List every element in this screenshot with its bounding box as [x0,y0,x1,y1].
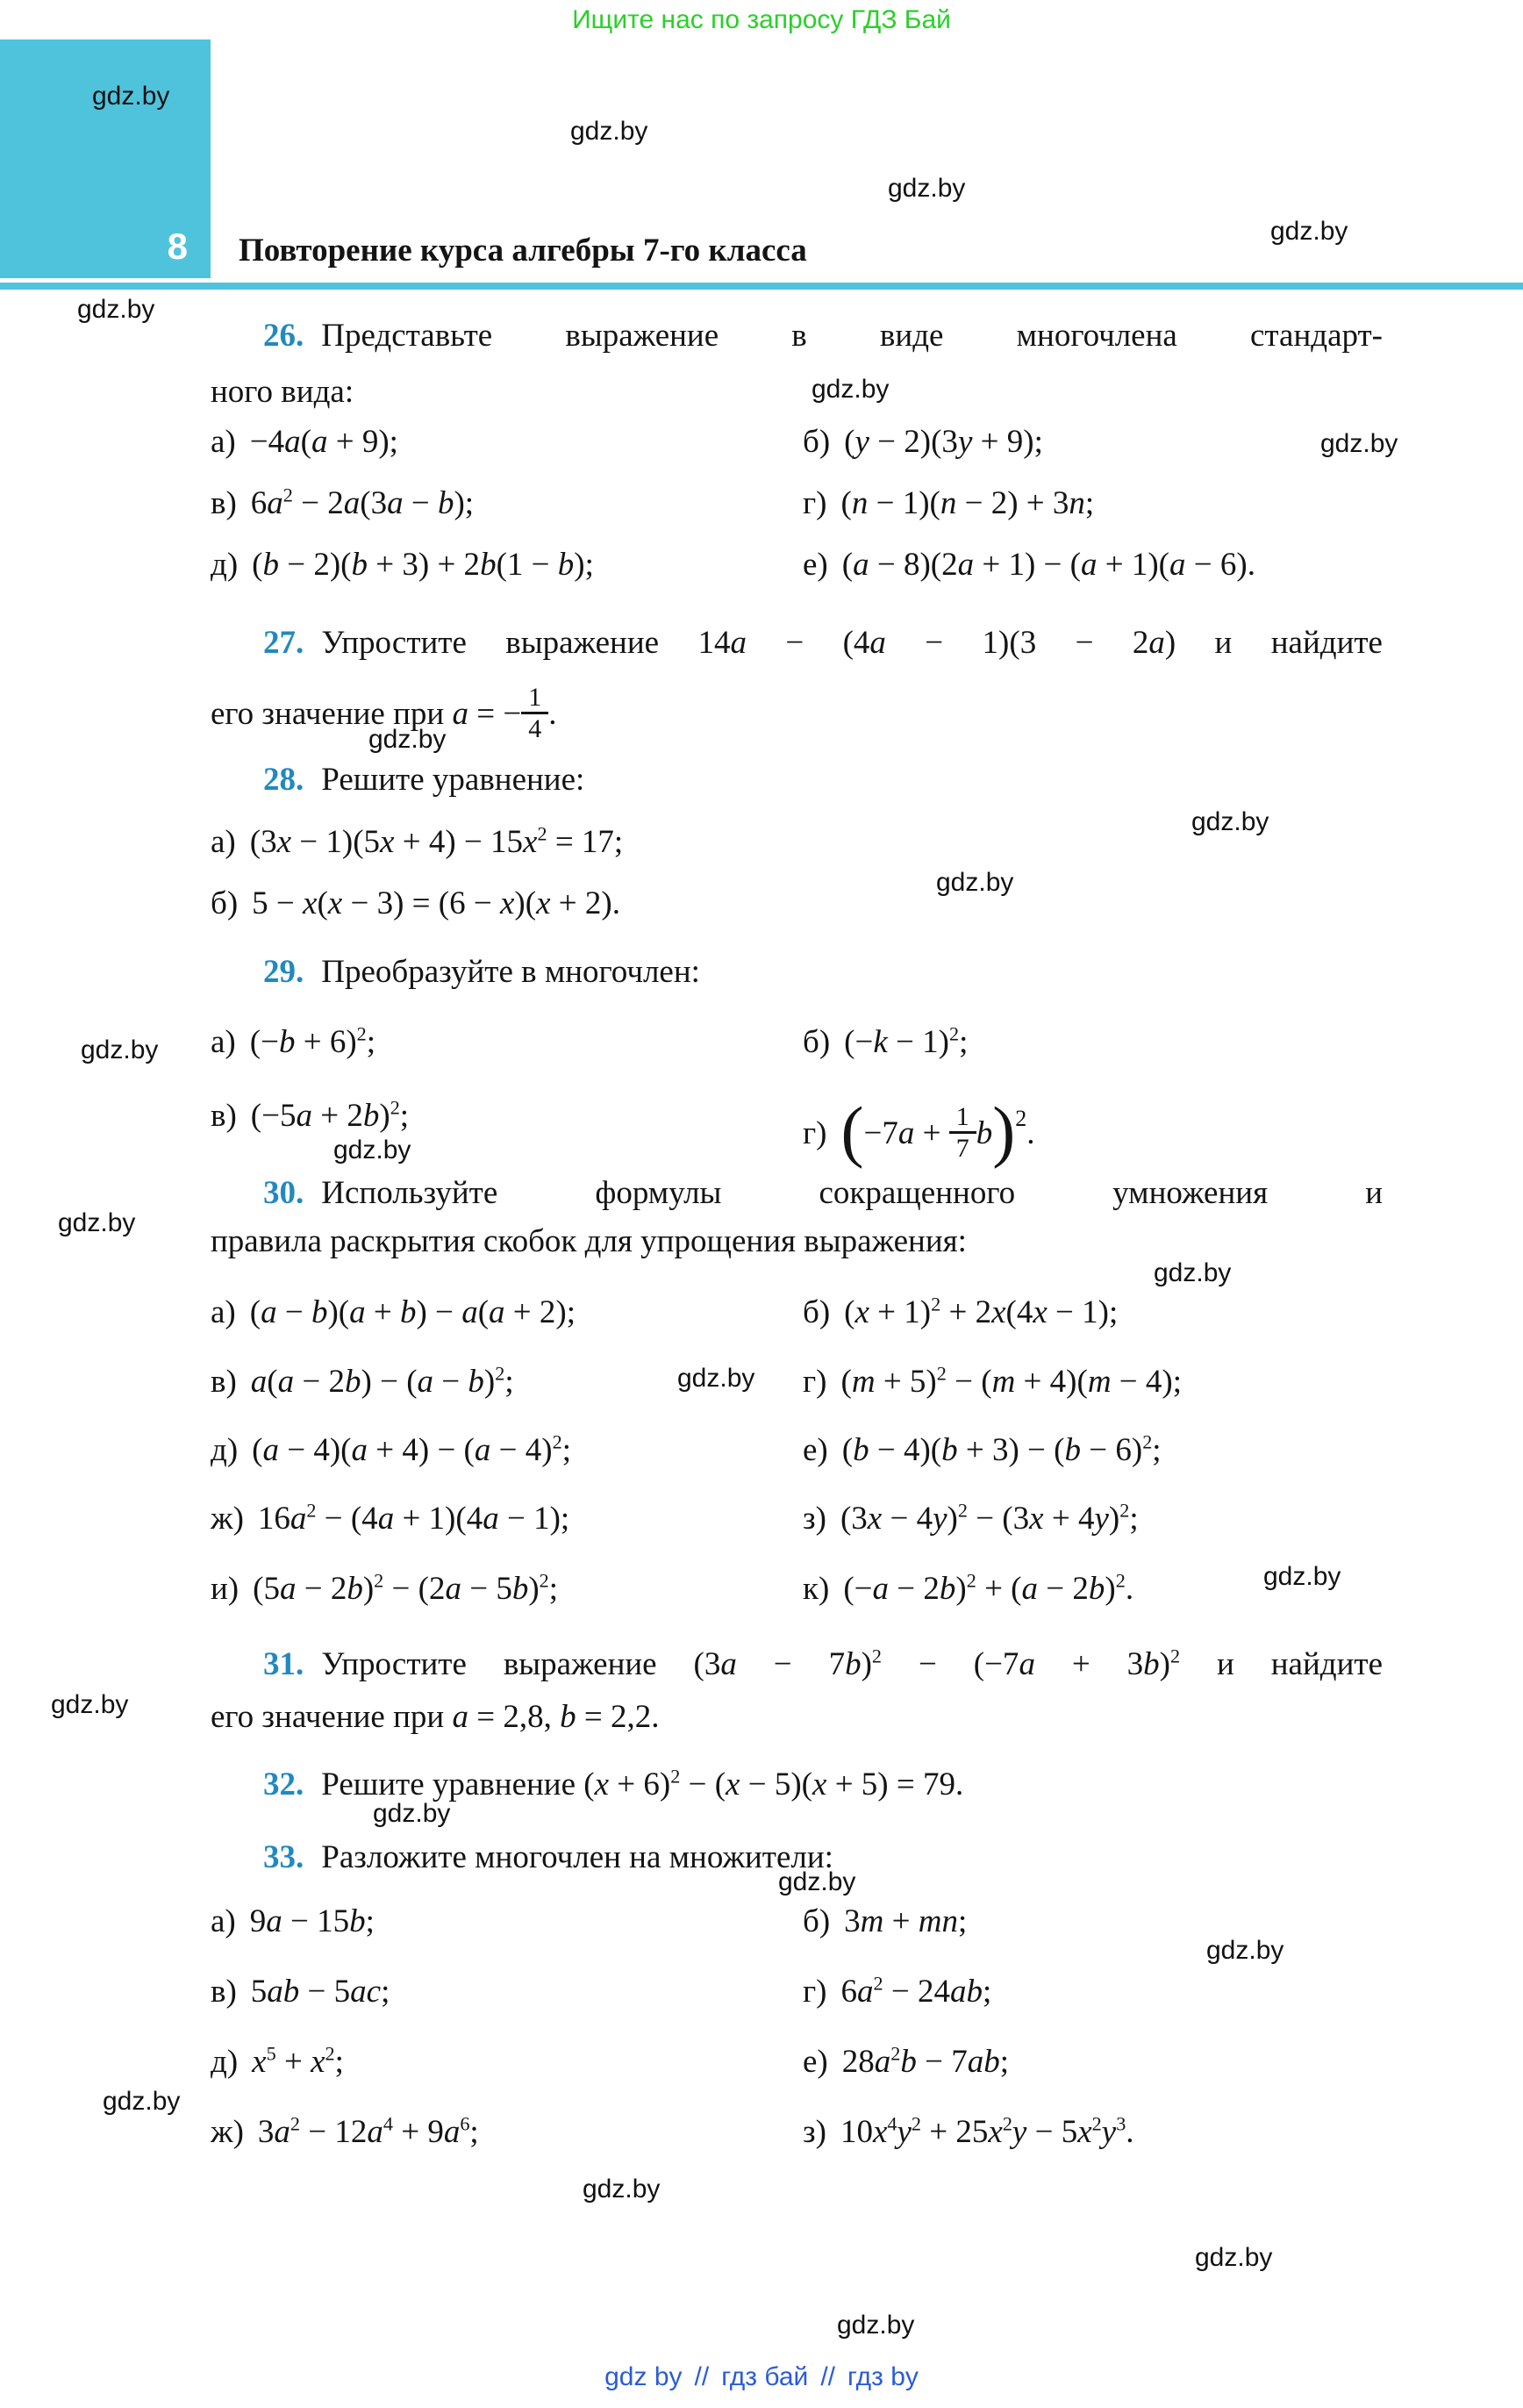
problem-32-text: Решите уравнение (x + 6)2 − (x − 5)(x + … [321,1767,963,1802]
problem-item-33v: в)5ab − 5ac; [211,1973,390,2010]
problem-30-statement-line2: правила раскрытия скобок для упрощения в… [211,1222,1383,1262]
problem-item-30v: в)a(a − 2b) − (a − b)2; [211,1363,514,1401]
problem-item-30i: и)(5a − 2b)2 − (2a − 5b)2; [211,1570,558,1608]
item-label: ж) [211,2114,244,2150]
watermark: gdz.by [812,375,889,405]
item-label: и) [211,1571,239,1607]
problem-29-text: Преобразуйте в многочлен: [321,954,700,990]
problem-item-28b: б)5 − x(x − 3) = (6 − x)(x + 2). [211,885,620,922]
item-label: б) [803,1024,830,1060]
problem-26-statement-line1: 26.Представьте выражение в виде многочле… [211,316,1383,356]
item-label: б) [803,1903,830,1939]
watermark: gdz.by [1191,807,1269,837]
problem-26-text: Представьте выражение в виде многочлена … [321,318,1383,354]
problem-27-period: . [548,696,556,732]
header-divider [0,283,1523,290]
item-expression: (a − b)(a + b) − a(a + 2); [250,1294,576,1330]
item-expression: −4a(a + 9); [250,424,398,460]
problem-item-30e: е)(b − 4)(b + 3) − (b − 6)2; [803,1431,1162,1469]
item-expression: 6a2 − 24ab; [841,1974,992,2010]
fraction: 14 [521,683,548,743]
problem-30-text: Используйте формулы сокращенного умножен… [321,1175,1383,1211]
problem-28-number: 28. [263,762,304,798]
watermark: gdz.by [837,2311,914,2340]
item-expression: (5a − 2b)2 − (2a − 5b)2; [253,1571,558,1607]
problem-item-29b: б)(−k − 1)2; [803,1023,968,1061]
problem-27-text: Упростите выражение 14a − (4a − 1)(3 − 2… [321,625,1383,661]
item-expression: 6a2 − 2a(3a − b); [251,485,474,521]
item-expression: (a − 4)(a + 4) − (a − 4)2; [252,1432,571,1468]
item-expression: 3m + mn; [844,1903,967,1939]
fraction-numerator: 1 [521,683,548,714]
problem-31-number: 31. [263,1646,304,1682]
fraction-numerator: 1 [949,1102,976,1134]
item-expression: a(a − 2b) − (a − b)2; [251,1364,514,1400]
problem-item-30k: к)(−a − 2b)2 + (a − 2b)2. [803,1570,1133,1608]
footer-link-gdz-by[interactable]: gdz by [604,2362,682,2391]
watermark: gdz.by [1206,1936,1283,1966]
watermark: gdz.by [1195,2243,1272,2273]
problem-item-30zh: ж)16a2 − (4a + 1)(4a − 1); [211,1500,569,1537]
promo-banner-text: Ищите нас по запросу ГДЗ Бай [0,5,1523,35]
fraction-denominator: 7 [949,1134,976,1163]
watermark: gdz.by [1270,217,1348,247]
item-expression: (n − 1)(n − 2) + 3n; [841,485,1095,521]
footer-separator: // [820,2362,835,2391]
footer-link-gdz-by-2[interactable]: гдз by [847,2362,919,2391]
item-label: ж) [211,1501,244,1537]
problem-item-26v: в)6a2 − 2a(3a − b); [211,484,474,522]
problem-29-number: 29. [263,954,304,990]
item-expression: (b − 4)(b + 3) − (b − 6)2; [842,1432,1162,1468]
watermark: gdz.by [888,174,965,204]
watermark: gdz.by [77,295,154,325]
item-label: г) [803,1115,827,1151]
item-label: в) [211,1974,237,2010]
problem-32-number: 32. [263,1767,304,1802]
watermark: gdz.by [368,725,446,755]
problem-31-text: Упростите выражение (3a − 7b)2 − (−7a + … [321,1646,1383,1682]
problem-27-text2: его значение при a = − [211,696,521,732]
item-expression: 9a − 15b; [250,1903,375,1939]
item-expression: 10x4y2 + 25x2y − 5x2y3. [840,2114,1134,2150]
exponent: 2 [1015,1106,1026,1131]
problem-item-33d: д)x5 + x2; [211,2043,344,2081]
problem-item-33g: г)6a2 − 24ab; [803,1973,991,2010]
watermark: gdz.by [1320,429,1398,459]
item-label: а) [211,424,236,460]
item-expression: (y − 2)(3y + 9); [844,424,1043,460]
watermark: gdz.by [81,1036,158,1065]
watermark: gdz.by [583,2175,660,2204]
item-label: б) [803,1294,830,1330]
item-label: в) [211,485,237,521]
item-expression: 28a2b − 7ab; [842,2044,1009,2080]
problem-33-number: 33. [263,1839,304,1875]
item-expression: (b − 2)(b + 3) + 2b(1 − b); [252,547,594,583]
item-label: е) [803,547,828,583]
watermark: gdz.by [570,117,647,147]
problem-28-text: Решите уравнение: [321,762,584,798]
item-label: е) [803,2044,828,2080]
problem-27-statement-line1: 27.Упростите выражение 14a − (4a − 1)(3 … [211,623,1383,663]
problem-item-26b: б)(y − 2)(3y + 9); [803,423,1043,461]
item-label: б) [211,885,238,921]
page-number: 8 [168,226,188,268]
watermark: gdz.by [333,1136,411,1165]
item-expression: (3x − 4y)2 − (3x + 4y)2; [840,1501,1139,1537]
watermark: gdz.by [373,1799,450,1829]
period: . [1026,1115,1034,1151]
footer-separator: // [695,2362,710,2391]
item-expression: 5 − x(x − 3) = (6 − x)(x + 2). [252,885,620,921]
problem-29-title: 29.Преобразуйте в многочлен: [211,952,1383,993]
problem-item-29v: в)(−5a + 2b)2; [211,1097,409,1135]
problem-33-text: Разложите многочлен на множители: [321,1839,833,1875]
problem-item-33e: е)28a2b − 7ab; [803,2043,1009,2081]
item-expression: (m + 5)2 − (m + 4)(m − 4); [841,1364,1183,1400]
item-expression: (−b + 6)2; [250,1024,375,1060]
item-label: г) [803,485,827,521]
item-expression: −7a + [863,1115,948,1151]
problem-26-number: 26. [263,318,304,354]
big-close-paren: ) [992,1093,1015,1169]
item-expression: (a − 8)(2a + 1) − (a + 1)(a − 6). [842,547,1255,583]
item-expression: b [976,1115,993,1151]
item-expression: 16a2 − (4a + 1)(4a − 1); [258,1501,569,1537]
problem-item-30d: д)(a − 4)(a + 4) − (a − 4)2; [211,1431,571,1469]
item-label: в) [211,1098,237,1134]
watermark: gdz.by [58,1208,135,1238]
problem-30-statement-line1: 30.Используйте формулы сокращенного умно… [211,1173,1383,1214]
page-number-tab: 8 [0,39,211,278]
problem-26-statement-line2: ного вида: [211,372,1383,412]
problem-31-statement-line1: 31.Упростите выражение (3a − 7b)2 − (−7a… [211,1645,1383,1686]
problem-item-30b: б)(x + 1)2 + 2x(4x − 1); [803,1294,1118,1331]
watermark: gdz.by [51,1690,128,1720]
watermark: gdz.by [92,82,169,111]
item-expression: (−5a + 2b)2; [251,1098,409,1134]
item-expression: x5 + x2; [252,2044,344,2080]
item-expression: (x + 1)2 + 2x(4x − 1); [844,1294,1118,1330]
problem-item-33a: а)9a − 15b; [211,1903,375,1940]
item-expression: 3a2 − 12a4 + 9a6; [258,2114,479,2150]
item-label: г) [803,1364,827,1400]
item-label: з) [803,1501,826,1537]
problem-item-26a: а)−4a(a + 9); [211,423,398,461]
item-expression: 5ab − 5ac; [251,1974,390,2010]
fraction-denominator: 4 [521,714,548,743]
problem-item-26e: е)(a − 8)(2a + 1) − (a + 1)(a − 6). [803,546,1255,584]
problem-item-30z: з)(3x − 4y)2 − (3x + 4y)2; [803,1500,1139,1537]
footer-links: gdz by//гдз бай//гдз by [0,2362,1523,2392]
item-label: е) [803,1432,828,1468]
item-label: а) [211,1294,236,1330]
problem-item-33zh: ж)3a2 − 12a4 + 9a6; [211,2113,479,2151]
watermark: gdz.by [1263,1562,1341,1592]
item-label: д) [211,1432,238,1468]
footer-link-gdz-bai[interactable]: гдз бай [721,2362,808,2391]
item-label: к) [803,1571,829,1607]
item-label: б) [803,424,830,460]
chapter-title: Повторение курса алгебры 7-го класса [239,232,807,269]
item-label: г) [803,1974,827,2010]
fraction: 17 [949,1102,976,1163]
watermark: gdz.by [1154,1258,1231,1288]
big-open-paren: ( [841,1093,864,1169]
problem-item-30g: г)(m + 5)2 − (m + 4)(m − 4); [803,1363,1182,1401]
problem-item-26d: д)(b − 2)(b + 3) + 2b(1 − b); [211,546,594,584]
item-label: а) [211,824,236,860]
problem-30-number: 30. [263,1175,304,1211]
watermark: gdz.by [936,868,1013,898]
watermark: gdz.by [778,1867,855,1897]
item-label: з) [803,2114,826,2150]
problem-27-number: 27. [263,625,304,661]
problem-item-29a: а)(−b + 6)2; [211,1023,375,1061]
problem-item-28a: а)(3x − 1)(5x + 4) − 15x2 = 17; [211,823,623,861]
item-label: а) [211,1903,236,1939]
problem-31-statement-line2: его значение при a = 2,8, b = 2,2. [211,1697,1383,1738]
item-label: д) [211,547,238,583]
problem-item-26g: г)(n − 1)(n − 2) + 3n; [803,484,1094,522]
item-expression: (3x − 1)(5x + 4) − 15x2 = 17; [250,824,623,860]
watermark: gdz.by [103,2087,180,2117]
problem-item-30a: а)(a − b)(a + b) − a(a + 2); [211,1294,576,1331]
problem-item-33z: з)10x4y2 + 25x2y − 5x2y3. [803,2113,1134,2151]
item-expression: (−a − 2b)2 + (a − 2b)2. [843,1571,1133,1607]
item-label: а) [211,1024,236,1060]
item-label: в) [211,1364,237,1400]
item-label: д) [211,2044,238,2080]
watermark: gdz.by [677,1364,754,1394]
problem-item-29g: г)(−7a + 17b)2. [803,1115,1034,1151]
problem-28-title: 28.Решите уравнение: [211,760,1383,800]
problem-item-33b: б)3m + mn; [803,1903,967,1940]
textbook-page: Ищите нас по запросу ГДЗ Бай 8 Повторени… [0,0,1523,2408]
item-expression: (−k − 1)2; [844,1024,968,1060]
